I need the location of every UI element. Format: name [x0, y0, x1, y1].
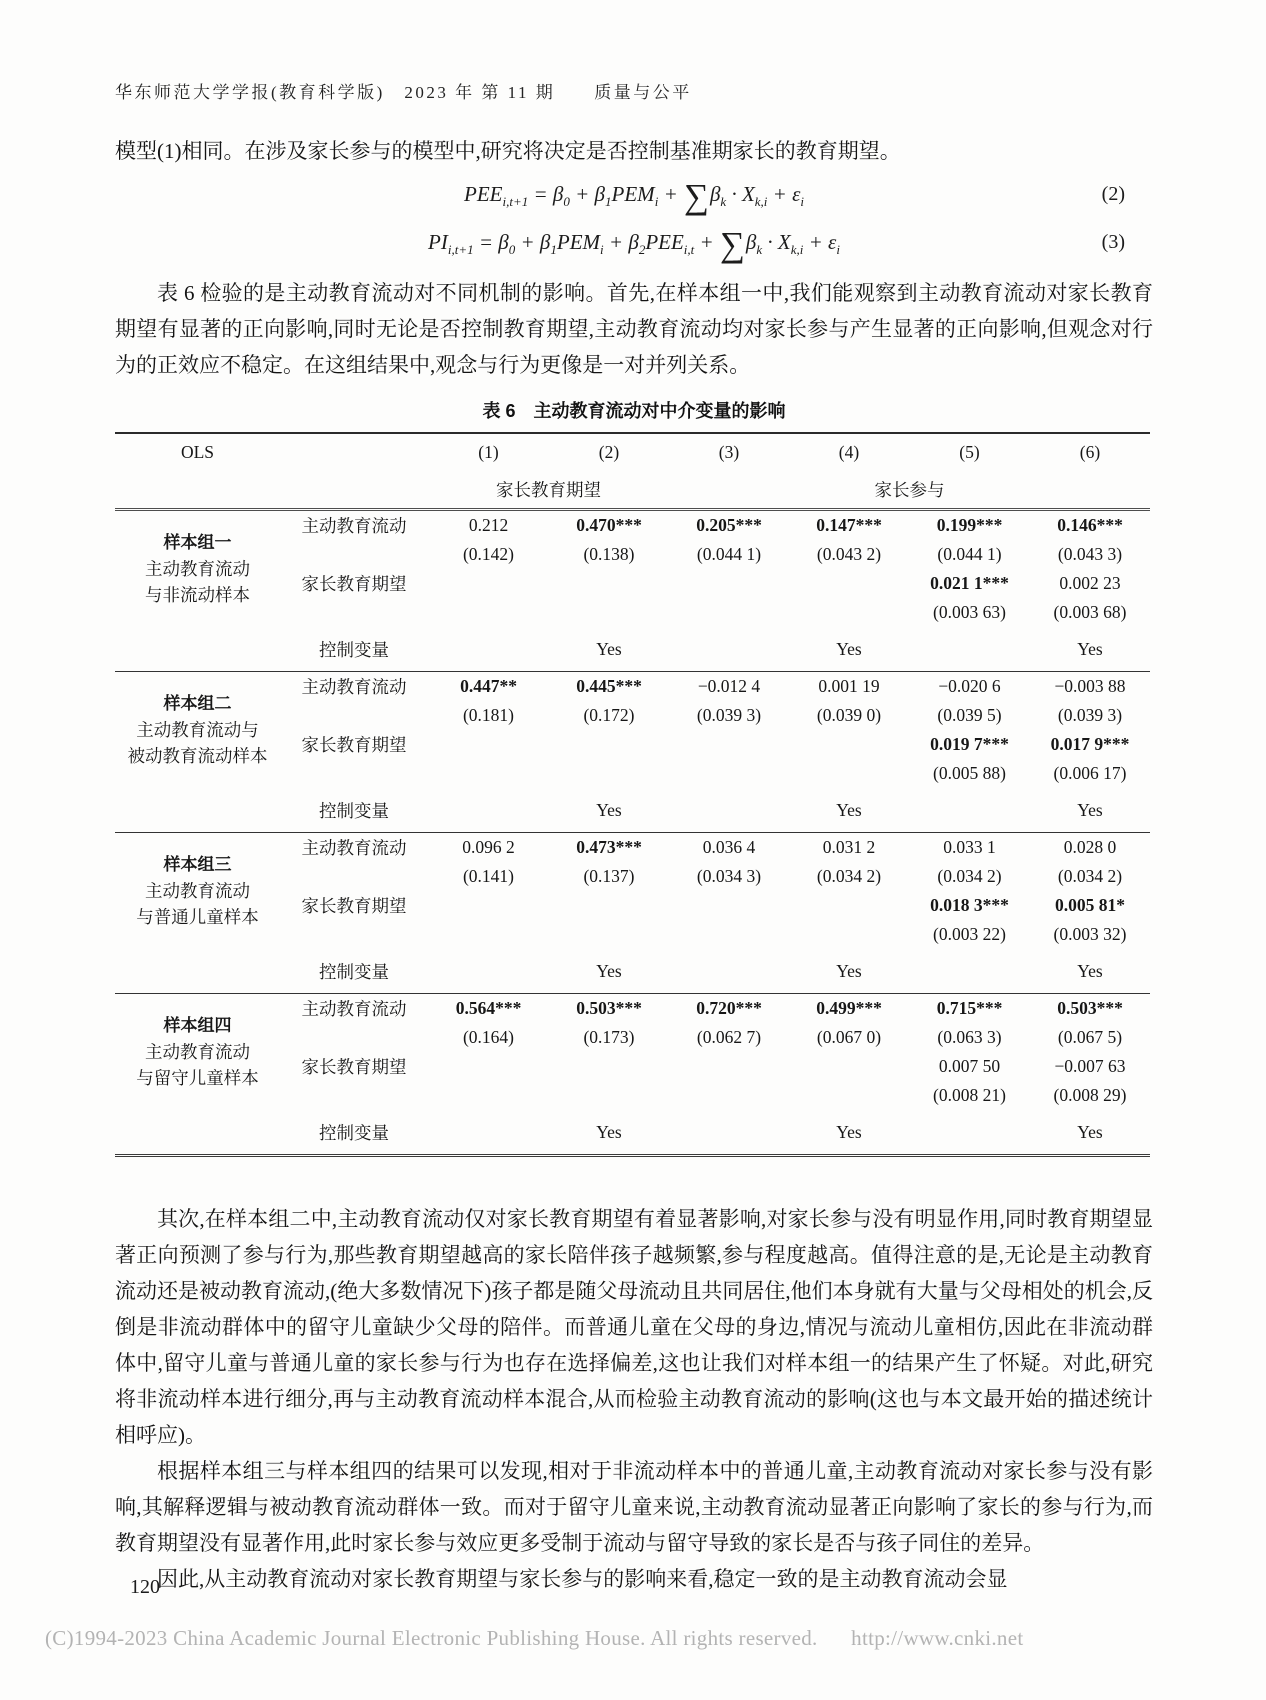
- controls-cell: [428, 627, 549, 672]
- group-3-controls-row: 控制变量YesYesYes: [115, 949, 1150, 994]
- coefficient-cell: [549, 730, 669, 759]
- sample-group-3-label: 样本组三主动教育流动与普通儿童样本: [115, 833, 280, 950]
- controls-cell: Yes: [789, 1110, 909, 1156]
- standard-error-cell: (0.034 2): [1030, 862, 1150, 891]
- regressor-label: 家长教育期望: [280, 569, 428, 598]
- standard-error-cell: (0.003 22): [909, 920, 1030, 949]
- standard-error-cell: (0.005 88): [909, 759, 1030, 788]
- dependent-variable-2: 家长参与: [669, 470, 1150, 510]
- coefficient-cell: 0.017 9***: [1030, 730, 1150, 759]
- coefficient-cell: 0.564***: [428, 994, 549, 1024]
- equation-2-formula: PEEi,t+1 = β0 + β1PEMi + ∑βk · Xk,i + εi: [464, 182, 804, 206]
- regressor-label: [280, 920, 428, 949]
- coefficient-cell: [428, 1052, 549, 1081]
- paragraph-discussion-2: 根据样本组三与样本组四的结果可以发现,相对于非流动样本中的普通儿童,主动教育流动…: [115, 1453, 1153, 1561]
- spacer-cell: [115, 627, 280, 672]
- group-subtitle: 主动教育流动: [117, 556, 278, 582]
- page-number: 120: [130, 1576, 160, 1599]
- table-header-row: OLS(1)(2)(3)(4)(5)(6): [115, 433, 1150, 470]
- equation-2: PEEi,t+1 = β0 + β1PEMi + ∑βk · Xk,i + εi…: [115, 172, 1153, 217]
- coefficient-cell: [669, 569, 789, 598]
- coefficient-cell: 0.007 50: [909, 1052, 1030, 1081]
- results-table: OLS(1)(2)(3)(4)(5)(6)家长教育期望家长参与 样本组一主动教育…: [115, 432, 1150, 1157]
- coefficient-cell: [549, 891, 669, 920]
- standard-error-cell: [549, 598, 669, 627]
- table-title: 表 6 主动教育流动对中介变量的影响: [115, 397, 1153, 423]
- dependent-variable-row: 家长教育期望家长参与: [115, 470, 1150, 510]
- coefficient-cell: 0.001 19: [789, 672, 909, 702]
- coefficient-cell: 0.445***: [549, 672, 669, 702]
- controls-cell: [669, 627, 789, 672]
- group-name: 样本组二: [117, 691, 278, 717]
- coefficient-cell: −0.003 88: [1030, 672, 1150, 702]
- coefficient-cell: 0.021 1***: [909, 569, 1030, 598]
- coefficient-cell: 0.715***: [909, 994, 1030, 1024]
- cnki-url: http://www.cnki.net: [851, 1626, 1023, 1650]
- coefficient-cell: 0.447**: [428, 672, 549, 702]
- coefficient-cell: 0.470***: [549, 510, 669, 541]
- group-2-controls-row: 控制变量YesYesYes: [115, 788, 1150, 833]
- regressor-label: [280, 701, 428, 730]
- group-subtitle: 被动教育流动样本: [117, 743, 278, 769]
- standard-error-cell: [789, 598, 909, 627]
- coefficient-cell: 0.028 0: [1030, 833, 1150, 863]
- coefficient-cell: [428, 891, 549, 920]
- regressor-label: 主动教育流动: [280, 672, 428, 702]
- coefficient-cell: 0.503***: [1030, 994, 1150, 1024]
- controls-cell: [428, 788, 549, 833]
- controls-label: 控制变量: [280, 788, 428, 833]
- controls-cell: Yes: [549, 627, 669, 672]
- standard-error-cell: (0.044 1): [909, 540, 1030, 569]
- column-header-4: (4): [789, 433, 909, 470]
- regressor-label: [280, 1023, 428, 1052]
- standard-error-cell: (0.034 2): [909, 862, 1030, 891]
- group-name: 样本组一: [117, 530, 278, 556]
- column-header-6: (6): [1030, 433, 1150, 470]
- group-name: 样本组四: [117, 1013, 278, 1039]
- standard-error-cell: (0.063 3): [909, 1023, 1030, 1052]
- dependent-variable-1: 家长教育期望: [428, 470, 669, 510]
- controls-label: 控制变量: [280, 627, 428, 672]
- coefficient-cell: [549, 1052, 669, 1081]
- controls-cell: [909, 788, 1030, 833]
- standard-error-cell: (0.034 3): [669, 862, 789, 891]
- group-4-coef-row-1: 样本组四主动教育流动与留守儿童样本主动教育流动0.564***0.503***0…: [115, 994, 1150, 1024]
- standard-error-cell: (0.142): [428, 540, 549, 569]
- controls-label: 控制变量: [280, 949, 428, 994]
- standard-error-cell: (0.062 7): [669, 1023, 789, 1052]
- standard-error-cell: [789, 759, 909, 788]
- group-subtitle: 与留守儿童样本: [117, 1065, 278, 1091]
- regressor-label: [280, 759, 428, 788]
- coefficient-cell: −0.012 4: [669, 672, 789, 702]
- controls-cell: Yes: [549, 949, 669, 994]
- controls-cell: [909, 1110, 1030, 1156]
- controls-cell: Yes: [1030, 949, 1150, 994]
- standard-error-cell: [428, 1081, 549, 1110]
- standard-error-cell: (0.039 3): [669, 701, 789, 730]
- standard-error-cell: (0.003 32): [1030, 920, 1150, 949]
- controls-cell: [909, 627, 1030, 672]
- regressor-label: 家长教育期望: [280, 1052, 428, 1081]
- journal-header: 华东师范大学学报(教育科学版) 2023 年 第 11 期 质量与公平: [115, 78, 1153, 103]
- sample-group-4-label: 样本组四主动教育流动与留守儿童样本: [115, 994, 280, 1111]
- page-content: 华东师范大学学报(教育科学版) 2023 年 第 11 期 质量与公平 模型(1…: [115, 0, 1153, 1597]
- paragraph-discussion-1: 其次,在样本组二中,主动教育流动仅对家长教育期望有着显著影响,对家长参与没有明显…: [115, 1201, 1153, 1453]
- standard-error-cell: [669, 920, 789, 949]
- spacer-cell: [115, 788, 280, 833]
- standard-error-cell: (0.067 0): [789, 1023, 909, 1052]
- controls-cell: Yes: [789, 627, 909, 672]
- sample-group-2-label: 样本组二主动教育流动与被动教育流动样本: [115, 672, 280, 789]
- regressor-label: 家长教育期望: [280, 891, 428, 920]
- standard-error-cell: (0.039 0): [789, 701, 909, 730]
- standard-error-cell: (0.039 3): [1030, 701, 1150, 730]
- standard-error-cell: (0.181): [428, 701, 549, 730]
- spacer-cell: [115, 470, 428, 510]
- coefficient-cell: [789, 569, 909, 598]
- regressor-label: [280, 540, 428, 569]
- standard-error-cell: (0.067 5): [1030, 1023, 1150, 1052]
- regressor-label: 主动教育流动: [280, 510, 428, 541]
- summation-symbol: ∑: [683, 177, 710, 216]
- column-header-3: (3): [669, 433, 789, 470]
- standard-error-cell: [789, 1081, 909, 1110]
- standard-error-cell: (0.039 5): [909, 701, 1030, 730]
- group-subtitle: 与非流动样本: [117, 582, 278, 608]
- standard-error-cell: (0.137): [549, 862, 669, 891]
- group-4-controls-row: 控制变量YesYesYes: [115, 1110, 1150, 1156]
- regressor-label: 主动教育流动: [280, 994, 428, 1024]
- regressor-label: 主动教育流动: [280, 833, 428, 863]
- paragraph-table-intro: 表 6 检验的是主动教育流动对不同机制的影响。首先,在样本组一中,我们能观察到主…: [115, 275, 1153, 383]
- spacer-cell: [115, 949, 280, 994]
- coefficient-cell: −0.007 63: [1030, 1052, 1150, 1081]
- regressor-label: 家长教育期望: [280, 730, 428, 759]
- group-subtitle: 主动教育流动: [117, 1039, 278, 1065]
- coefficient-cell: 0.033 1: [909, 833, 1030, 863]
- standard-error-cell: (0.043 3): [1030, 540, 1150, 569]
- results-table-head: OLS(1)(2)(3)(4)(5)(6)家长教育期望家长参与: [115, 433, 1150, 510]
- standard-error-cell: [669, 1081, 789, 1110]
- coefficient-cell: 0.031 2: [789, 833, 909, 863]
- column-header-1: (1): [428, 433, 549, 470]
- coefficient-cell: 0.019 7***: [909, 730, 1030, 759]
- standard-error-cell: (0.003 63): [909, 598, 1030, 627]
- coefficient-cell: 0.199***: [909, 510, 1030, 541]
- standard-error-cell: [669, 759, 789, 788]
- standard-error-cell: [428, 598, 549, 627]
- column-header-2: (2): [549, 433, 669, 470]
- standard-error-cell: [428, 759, 549, 788]
- standard-error-cell: [669, 598, 789, 627]
- group-subtitle: 主动教育流动与: [117, 717, 278, 743]
- standard-error-cell: [428, 920, 549, 949]
- coefficient-cell: 0.018 3***: [909, 891, 1030, 920]
- standard-error-cell: [549, 1081, 669, 1110]
- controls-cell: [909, 949, 1030, 994]
- standard-error-cell: [789, 920, 909, 949]
- controls-cell: [669, 1110, 789, 1156]
- coefficient-cell: [789, 1052, 909, 1081]
- group-subtitle: 与普通儿童样本: [117, 904, 278, 930]
- standard-error-cell: (0.008 29): [1030, 1081, 1150, 1110]
- coefficient-cell: [428, 730, 549, 759]
- equation-3-formula: PIi,t+1 = β0 + β1PEMi + β2PEEi,t + ∑βk ·…: [428, 230, 840, 254]
- standard-error-cell: [549, 759, 669, 788]
- regressor-label: [280, 598, 428, 627]
- results-table-body: 样本组一主动教育流动与非流动样本主动教育流动0.2120.470***0.205…: [115, 510, 1150, 1156]
- controls-cell: Yes: [1030, 1110, 1150, 1156]
- copyright-footer: (C)1994-2023 China Academic Journal Elec…: [45, 1626, 1225, 1651]
- summation-symbol: ∑: [719, 225, 746, 264]
- coefficient-cell: 0.499***: [789, 994, 909, 1024]
- standard-error-cell: (0.138): [549, 540, 669, 569]
- controls-cell: [428, 949, 549, 994]
- controls-cell: [669, 788, 789, 833]
- controls-cell: Yes: [1030, 788, 1150, 833]
- standard-error-cell: (0.044 1): [669, 540, 789, 569]
- group-3-coef-row-1: 样本组三主动教育流动与普通儿童样本主动教育流动0.096 20.473***0.…: [115, 833, 1150, 863]
- controls-cell: Yes: [789, 949, 909, 994]
- coefficient-cell: 0.205***: [669, 510, 789, 541]
- coefficient-cell: 0.473***: [549, 833, 669, 863]
- coefficient-cell: 0.146***: [1030, 510, 1150, 541]
- controls-cell: Yes: [1030, 627, 1150, 672]
- paragraph-discussion-3: 因此,从主动教育流动对家长教育期望与家长参与的影响来看,稳定一致的是主动教育流动…: [115, 1561, 1153, 1597]
- controls-label: 控制变量: [280, 1110, 428, 1156]
- equation-3-number: (3): [1102, 220, 1125, 265]
- standard-error-cell: (0.164): [428, 1023, 549, 1052]
- controls-cell: [669, 949, 789, 994]
- coefficient-cell: 0.096 2: [428, 833, 549, 863]
- controls-cell: [428, 1110, 549, 1156]
- column-header-5: (5): [909, 433, 1030, 470]
- coefficient-cell: [789, 730, 909, 759]
- group-subtitle: 主动教育流动: [117, 878, 278, 904]
- standard-error-cell: (0.034 2): [789, 862, 909, 891]
- coefficient-cell: [669, 1052, 789, 1081]
- standard-error-cell: (0.003 68): [1030, 598, 1150, 627]
- method-label: OLS: [115, 433, 280, 470]
- page: 华东师范大学学报(教育科学版) 2023 年 第 11 期 质量与公平 模型(1…: [0, 0, 1266, 1700]
- standard-error-cell: (0.008 21): [909, 1081, 1030, 1110]
- coefficient-cell: 0.720***: [669, 994, 789, 1024]
- standard-error-cell: (0.172): [549, 701, 669, 730]
- standard-error-cell: (0.006 17): [1030, 759, 1150, 788]
- controls-cell: Yes: [789, 788, 909, 833]
- coefficient-cell: [789, 891, 909, 920]
- group-name: 样本组三: [117, 852, 278, 878]
- standard-error-cell: [549, 920, 669, 949]
- group-1-coef-row-1: 样本组一主动教育流动与非流动样本主动教育流动0.2120.470***0.205…: [115, 510, 1150, 541]
- spacer-cell: [280, 433, 428, 470]
- coefficient-cell: [669, 730, 789, 759]
- coefficient-cell: 0.212: [428, 510, 549, 541]
- copyright-text: (C)1994-2023 China Academic Journal Elec…: [45, 1626, 818, 1650]
- coefficient-cell: 0.036 4: [669, 833, 789, 863]
- coefficient-cell: 0.503***: [549, 994, 669, 1024]
- controls-cell: Yes: [549, 788, 669, 833]
- coefficient-cell: [549, 569, 669, 598]
- spacer-cell: [115, 1110, 280, 1156]
- regressor-label: [280, 862, 428, 891]
- coefficient-cell: 0.147***: [789, 510, 909, 541]
- coefficient-cell: 0.002 23: [1030, 569, 1150, 598]
- group-2-coef-row-1: 样本组二主动教育流动与被动教育流动样本主动教育流动0.447**0.445***…: [115, 672, 1150, 702]
- coefficient-cell: [428, 569, 549, 598]
- controls-cell: Yes: [549, 1110, 669, 1156]
- regressor-label: [280, 1081, 428, 1110]
- standard-error-cell: (0.043 2): [789, 540, 909, 569]
- group-1-controls-row: 控制变量YesYesYes: [115, 627, 1150, 672]
- standard-error-cell: (0.141): [428, 862, 549, 891]
- paragraph-model: 模型(1)相同。在涉及家长参与的模型中,研究将决定是否控制基准期家长的教育期望。: [115, 133, 1153, 169]
- sample-group-1-label: 样本组一主动教育流动与非流动样本: [115, 510, 280, 628]
- equation-3: PIi,t+1 = β0 + β1PEMi + β2PEEi,t + ∑βk ·…: [115, 220, 1153, 265]
- coefficient-cell: [669, 891, 789, 920]
- coefficient-cell: −0.020 6: [909, 672, 1030, 702]
- coefficient-cell: 0.005 81*: [1030, 891, 1150, 920]
- equation-2-number: (2): [1102, 172, 1125, 217]
- standard-error-cell: (0.173): [549, 1023, 669, 1052]
